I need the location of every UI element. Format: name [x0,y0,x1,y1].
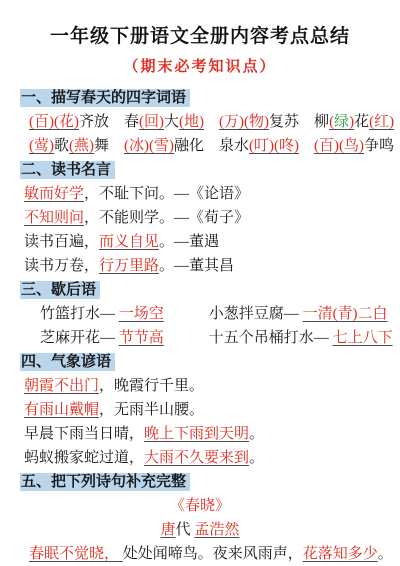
text-plain: 春 [124,114,139,130]
text-answer: 大雨不久要来到 [144,450,249,466]
section-header: 三、歇后语 [20,281,100,299]
content-line: 唐代 孟浩然 [20,518,380,542]
text-plain: 处处闻啼鸟。夜来风雨声， [123,546,303,562]
text-plain: 齐放 [79,114,124,130]
section-header: 五、把下列诗句补充完整 [20,473,190,491]
text-answer: 节节高 [119,330,164,346]
text-plain: 。 [249,450,264,466]
text-answer: (莺) [29,138,54,154]
text-plain: 读书百遍， [24,234,99,250]
text-answer: (叮)(咚) [249,138,299,154]
section-header-row: 二、读书名言 [20,158,380,182]
text-plain: 复苏 [269,114,314,130]
text-answer: (百)(鸟) [314,138,364,154]
section-lines: 竹篮打水— 一场空 小葱拌豆腐— 一清(青)二白芝麻开花— 节节高 十五个吊桶打… [20,302,380,350]
text-plain: 芝麻开花— [40,330,119,346]
section-lines: (百)(花)齐放 春(回)大(地) (万)(物)复苏 柳(绿)花(红)(莺)歌(… [20,110,380,158]
text-answer: 而义自见 [99,234,159,250]
text-plain: 早晨下雨当日晴， [24,426,144,442]
text-plain: 争鸣 [364,138,394,154]
text-plain [164,306,209,322]
section-header-row: 一、描写春天的四字词语 [20,86,380,110]
text-plain: 柳 [314,114,329,130]
text-plain: 小葱拌豆腐— [209,306,303,322]
content-line: 读书百遍，而义自见。—董遇 [20,230,380,254]
text-plain [204,114,219,130]
document-page: 一年级下册语文全册内容考点总结 （期末必考知识点） 一、描写春天的四字词语 (百… [0,0,400,566]
text-answer: 花落知多少 [303,546,378,562]
text-plain: 代 [176,522,195,538]
text-plain: 融化 [174,138,219,154]
text-answer: (地) [179,114,204,130]
text-plain: 。—董其昌 [159,258,234,274]
text-plain: 十五个吊桶打水— [209,330,333,346]
text-plain: ，晚霞行千里。 [99,378,204,394]
text-plain: ，不能则学。—《荀子》 [84,210,249,226]
content-line: 不知则问，不能则学。—《荀子》 [20,206,380,230]
content-line: 敏而好学，不耻下问。—《论语》 [20,182,380,206]
text-plain: 泉水 [219,138,249,154]
text-plain: 蚂蚁搬家蛇过道， [24,450,144,466]
text-plain: 。 [249,426,264,442]
page-subtitle: （期末必考知识点） [20,56,380,78]
content-line: 读书万卷，行万里路。—董其昌 [20,254,380,278]
section-header: 一、描写春天的四字词语 [20,89,190,107]
text-answer: (燕) [69,138,94,154]
text-answer: 唐 [161,522,176,538]
content-line: (莺)歌(燕)舞 (冰)(雪)融化 泉水(叮)(咚) (百)(鸟)争鸣 [20,134,380,158]
section: 三、歇后语 竹篮打水— 一场空 小葱拌豆腐— 一清(青)二白芝麻开花— 节节高 … [20,278,380,350]
text-answer: 孟浩然 [194,522,239,538]
text-plain: ，不耻下问。—《论语》 [84,186,249,202]
content-line: 竹篮打水— 一场空 小葱拌豆腐— 一清(青)二白 [20,302,380,326]
text-answer: 朝霞不出门 [24,378,99,394]
section-header: 二、读书名言 [20,161,115,179]
text-answer: 晚上下雨到天明 [144,426,249,442]
content-line: 早晨下雨当日晴，晚上下雨到天明。 [20,422,380,446]
text-plain: 歌 [54,138,69,154]
section: 一、描写春天的四字词语 (百)(花)齐放 春(回)大(地) (万)(物)复苏 柳… [20,86,380,158]
text-answer: 敏而好学 [24,186,84,202]
section-lines: 朝霞不出门，晚霞行千里。有雨山戴帽，无雨半山腰。早晨下雨当日晴，晚上下雨到天明。… [20,374,380,470]
content-line: 有雨山戴帽，无雨半山腰。 [20,398,380,422]
section: 二、读书名言 敏而好学，不耻下问。—《论语》不知则问，不能则学。—《荀子》读书百… [20,158,380,278]
content-line: 春眠不觉晓， 处处闻啼鸟。夜来风雨声，花落知多少。 [20,542,380,566]
text-answer: 绿 [334,114,349,130]
text-answer: 春眠不觉晓， [29,546,123,562]
text-plain: 读书万卷， [24,258,99,274]
text-answer: 《春晓》 [170,498,230,514]
text-answer: 行万里路 [99,258,159,274]
content-line: 《春晓》 [20,494,380,518]
text-plain: 舞 [94,138,124,154]
content-line: (百)(花)齐放 春(回)大(地) (万)(物)复苏 柳(绿)花(红) [20,110,380,134]
text-answer: (回) [139,114,164,130]
text-answer: (红) [369,114,394,130]
text-answer: (冰)(雪) [124,138,174,154]
text-plain [164,330,209,346]
content-line: 朝霞不出门，晚霞行千里。 [20,374,380,398]
text-answer: 七上八下 [333,330,393,346]
text-answer: 一场空 [119,306,164,322]
text-plain: 花 [354,114,369,130]
text-answer: (万)(物) [219,114,269,130]
text-plain [299,138,314,154]
text-plain: 。 [378,546,393,562]
text-plain: 。—董遇 [159,234,219,250]
text-plain: ，无雨半山腰。 [99,402,204,418]
text-answer: 一清(青)二白 [303,306,388,322]
section-lines: 敏而好学，不耻下问。—《论语》不知则问，不能则学。—《荀子》读书百遍，而义自见。… [20,182,380,278]
text-plain: 竹篮打水— [40,306,119,322]
text-answer: 不知则问 [24,210,84,226]
section-header-row: 四、气象谚语 [20,350,380,374]
content-line: 芝麻开花— 节节高 十五个吊桶打水— 七上八下 [20,326,380,350]
text-answer: 有雨山戴帽 [24,402,99,418]
sections-container: 一、描写春天的四字词语 (百)(花)齐放 春(回)大(地) (万)(物)复苏 柳… [20,86,380,566]
section-lines: 《春晓》唐代 孟浩然春眠不觉晓， 处处闻啼鸟。夜来风雨声，花落知多少。 [20,494,380,566]
section-header: 四、气象谚语 [20,353,115,371]
content-line: 蚂蚁搬家蛇过道，大雨不久要来到。 [20,446,380,470]
section: 四、气象谚语 朝霞不出门，晚霞行千里。有雨山戴帽，无雨半山腰。早晨下雨当日晴，晚… [20,350,380,470]
text-answer: (百)(花) [29,114,79,130]
section: 五、把下列诗句补充完整 《春晓》唐代 孟浩然春眠不觉晓， 处处闻啼鸟。夜来风雨声… [20,470,380,566]
page-title: 一年级下册语文全册内容考点总结 [20,24,380,50]
text-plain: 大 [164,114,179,130]
section-header-row: 三、歇后语 [20,278,380,302]
section-header-row: 五、把下列诗句补充完整 [20,470,380,494]
